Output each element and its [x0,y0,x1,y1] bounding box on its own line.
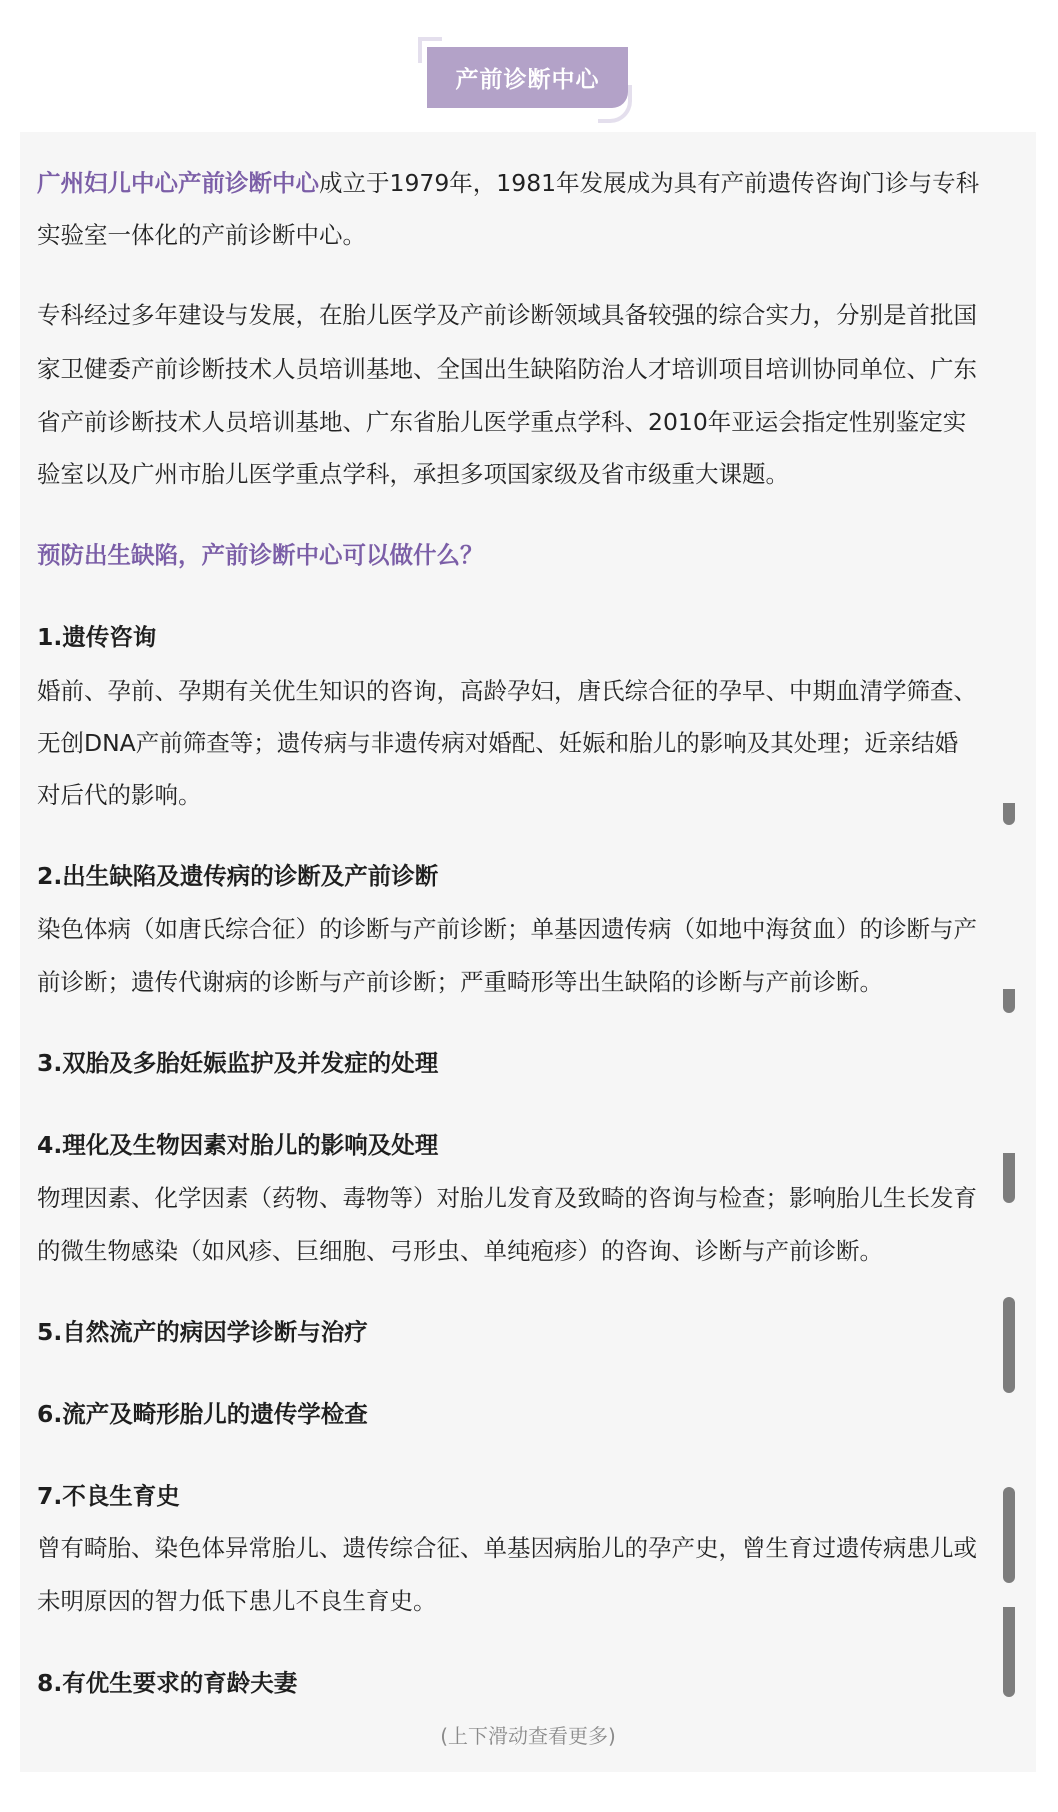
section-heading: 7.不良生育史 [37,1481,180,1511]
section-heading: 8.有优生要求的育龄夫妻 [37,1668,297,1698]
section-line: 未明原因的智力低下患儿不良生育史。 [37,1586,437,1616]
section-heading: 1.遗传咨询 [37,622,156,652]
paragraph2-line: 专科经过多年建设与发展，在胎儿医学及产前诊断领域具备较强的综合实力，分别是首批国 [37,300,977,330]
title-badge-wrap: 产前诊断中心 [418,37,640,119]
scroll-hint: (上下滑动查看更多) [20,1721,1036,1751]
paragraph2-line: 验室以及广州市胎儿医学重点学科，承担多项国家级及省市级重大课题。 [37,459,789,489]
section-line: 染色体病（如唐氏综合征）的诊断与产前诊断；单基因遗传病（如地中海贫血）的诊断与产 [37,914,977,944]
section-heading: 6.流产及畸形胎儿的遗传学检查 [37,1399,368,1429]
scrollbar-thumb[interactable] [1003,803,1015,825]
content-panel[interactable]: 广州妇儿中心产前诊断中心成立于1979年，1981年发展成为具有产前遗传咨询门诊… [20,132,1036,1772]
scrollbar-thumb[interactable] [1003,1153,1015,1203]
section-heading: 3.双胎及多胎妊娠监护及并发症的处理 [37,1048,438,1078]
paragraph2-line: 家卫健委产前诊断技术人员培训基地、全国出生缺陷防治人才培训项目培训协同单位、广东 [37,354,977,384]
section-line: 前诊断；遗传代谢病的诊断与产前诊断；严重畸形等出生缺陷的诊断与产前诊断。 [37,967,883,997]
center-name-highlight: 广州妇儿中心产前诊断中心 [37,169,319,197]
section-heading: 5.自然流产的病因学诊断与治疗 [37,1317,368,1347]
scrollbar-thumb[interactable] [1003,989,1015,1013]
section-line: 曾有畸胎、染色体异常胎儿、遗传综合征、单基因病胎儿的孕产史，曾生育过遗传病患儿或 [37,1533,977,1563]
intro-line-1-rest: 成立于1979年，1981年发展成为具有产前遗传咨询门诊与专科 [319,169,979,197]
section-heading: 2.出生缺陷及遗传病的诊断及产前诊断 [37,861,438,891]
paragraph2-line: 省产前诊断技术人员培训基地、广东省胎儿医学重点学科、2010年亚运会指定性别鉴定… [37,407,966,437]
section-heading: 4.理化及生物因素对胎儿的影响及处理 [37,1130,438,1160]
title-badge: 产前诊断中心 [427,47,628,108]
question-heading: 预防出生缺陷，产前诊断中心可以做什么？ [37,540,484,570]
section-line: 对后代的影响。 [37,780,202,810]
section-line: 婚前、孕前、孕期有关优生知识的咨询，高龄孕妇，唐氏综合征的孕早、中期血清学筛查、 [37,676,977,706]
section-line: 的微生物感染（如风疹、巨细胞、弓形虫、单纯疱疹）的咨询、诊断与产前诊断。 [37,1236,883,1266]
intro-line-1: 广州妇儿中心产前诊断中心成立于1979年，1981年发展成为具有产前遗传咨询门诊… [37,168,979,198]
intro-line-2: 实验室一体化的产前诊断中心。 [37,220,366,250]
section-line: 物理因素、化学因素（药物、毒物等）对胎儿发育及致畸的咨询与检查；影响胎儿生长发育 [37,1183,977,1213]
scrollbar-thumb[interactable] [1003,1297,1015,1393]
section-line: 无创DNA产前筛查等；遗传病与非遗传病对婚配、妊娠和胎儿的影响及其处理；近亲结婚 [37,728,958,758]
scrollbar-thumb[interactable] [1003,1607,1015,1697]
scrollbar-thumb[interactable] [1003,1487,1015,1583]
